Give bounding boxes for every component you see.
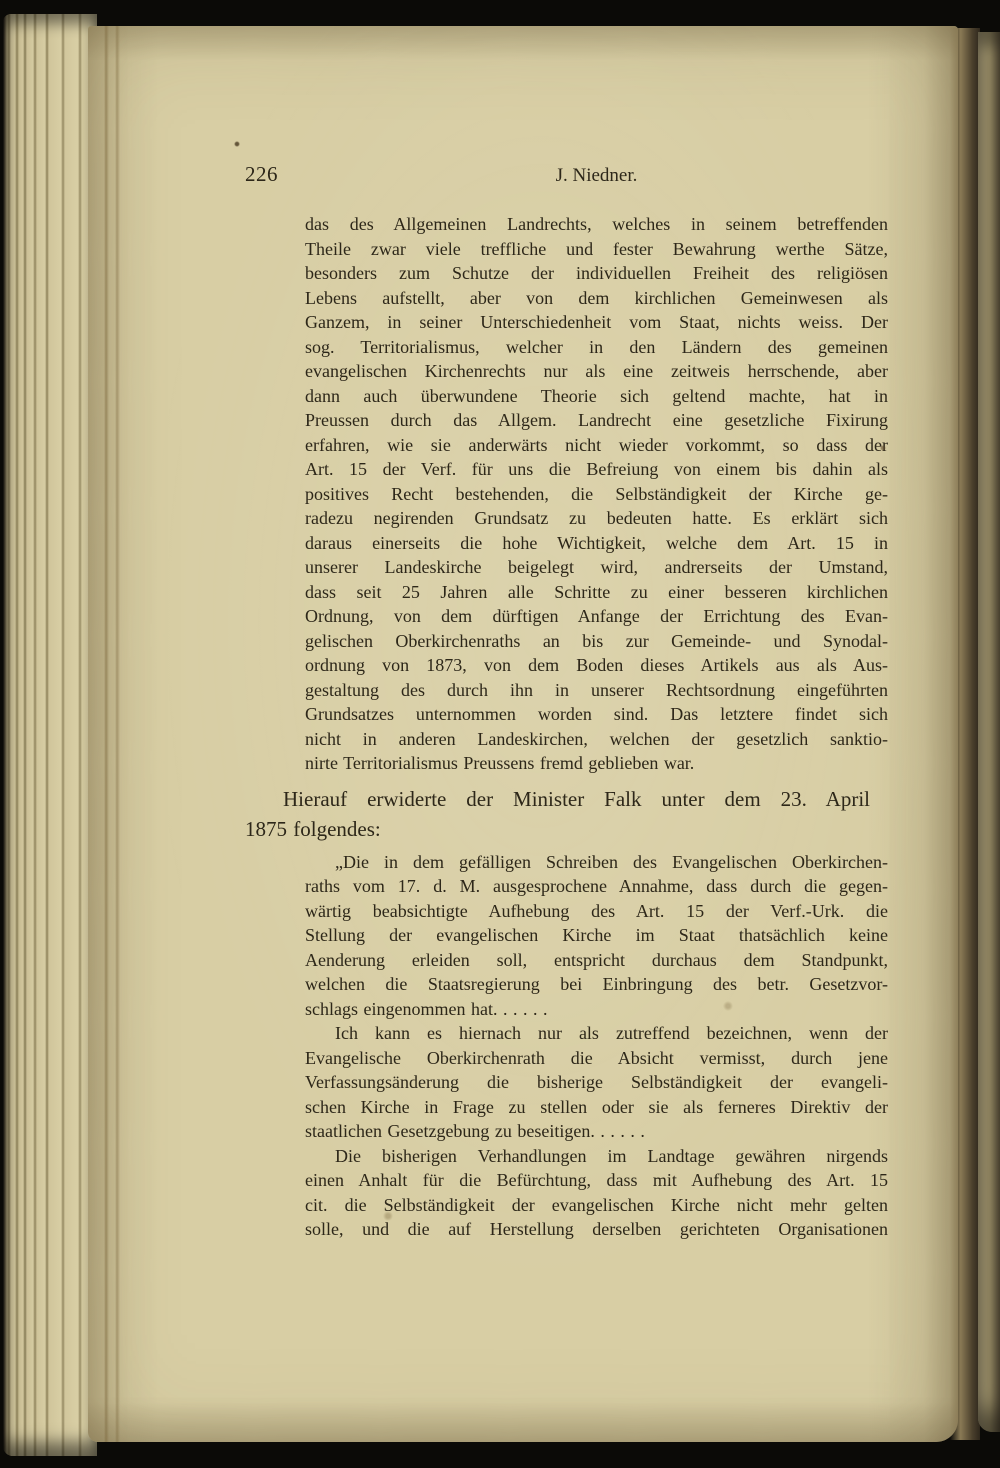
text-column: das des Allgemeinen Landrechts, welches … — [305, 212, 888, 1242]
text-line: gelischen Oberkirchenraths an bis zur Ge… — [305, 629, 888, 654]
text-line: Hierauf erwiderte der Minister Falk unte… — [245, 784, 870, 814]
running-header: J. Niedner. — [305, 165, 888, 187]
paragraph: Die bisherigen Verhandlungen im Landtage… — [305, 1144, 888, 1242]
text-line: Grundsatzes unternommen worden sind. Das… — [305, 702, 888, 727]
paragraph: Ich kann es hiernach nur als zutreffend … — [305, 1021, 888, 1144]
gutter-shadow — [950, 28, 980, 1440]
paragraph: das des Allgemeinen Landrechts, welches … — [305, 212, 888, 776]
paragraph: „Die in dem gefälligen Schreiben des Eva… — [305, 850, 888, 1022]
text-line: schlags eingenommen hat. . . . . . — [305, 997, 888, 1022]
text-line: dass seit 25 Jahren alle Schritte zu ein… — [305, 580, 888, 605]
text-line: radezu negirenden Grundsatz zu bedeuten … — [305, 506, 888, 531]
text-line: erfahren, wie sie anderwärts nicht wiede… — [305, 433, 888, 458]
text-line: Lebens aufstellt, aber von dem kirchlich… — [305, 286, 888, 311]
text-line: das des Allgemeinen Landrechts, welches … — [305, 212, 888, 237]
text-line: ordnung von 1873, von dem Boden dieses A… — [305, 653, 888, 678]
text-line: Stellung der evangelischen Kirche im Sta… — [305, 923, 888, 948]
text-line: welchen die Staatsregierung bei Einbring… — [305, 972, 888, 997]
text-line: staatlichen Gesetzgebung zu beseitigen. … — [305, 1119, 888, 1144]
text-line: schen Kirche in Frage zu stellen oder si… — [305, 1095, 888, 1120]
text-line: nicht in anderen Landeskirchen, welchen … — [305, 727, 888, 752]
text-line: Art. 15 der Verf. für uns die Befreiung … — [305, 457, 888, 482]
book-page: 226 J. Niedner. das des Allgemeinen Land… — [88, 26, 958, 1442]
page-stack-edges — [3, 14, 97, 1456]
text-line: positives Recht bestehenden, die Selbstä… — [305, 482, 888, 507]
text-line: sog. Territorialismus, welcher in den Lä… — [305, 335, 888, 360]
text-line: Evangelische Oberkirchenrath die Absicht… — [305, 1046, 888, 1071]
paragraph: Hierauf erwiderte der Minister Falk unte… — [245, 784, 870, 844]
text-line: einen Anhalt für die Befürchtung, dass m… — [305, 1168, 888, 1193]
text-line: Ganzem, in seiner Unterschiedenheit vom … — [305, 310, 888, 335]
text-line: 1875 folgendes: — [245, 814, 870, 844]
text-line: unserer Landeskirche beigelegt wird, and… — [305, 555, 888, 580]
text-line: wärtig beabsichtigte Aufhebung des Art. … — [305, 899, 888, 924]
text-line: Die bisherigen Verhandlungen im Landtage… — [305, 1144, 888, 1169]
text-line: besonders zum Schutze der individuellen … — [305, 261, 888, 286]
text-line: nirte Territorialismus Preussens fremd g… — [305, 751, 888, 776]
text-line: Preussen durch das Allgem. Landrecht ein… — [305, 408, 888, 433]
book-scan: 226 J. Niedner. das des Allgemeinen Land… — [0, 0, 1000, 1468]
page-number: 226 — [245, 162, 278, 187]
text-line: Ordnung, von dem dürftigen Anfange der E… — [305, 604, 888, 629]
text-line: daraus einerseits die hohe Wichtigkeit, … — [305, 531, 888, 556]
text-line: Aenderung erleiden soll, entspricht durc… — [305, 948, 888, 973]
text-line: dann auch überwundene Theorie sich gelte… — [305, 384, 888, 409]
text-line: raths vom 17. d. M. ausgesprochene Annah… — [305, 874, 888, 899]
text-line: Verfassungsänderung die bisherige Selbst… — [305, 1070, 888, 1095]
text-line: solle, und die auf Herstellung derselben… — [305, 1217, 888, 1242]
adjacent-page-edge — [978, 32, 1000, 1432]
text-line: evangelischen Kirchenrechts nur als eine… — [305, 359, 888, 384]
text-line: Theile zwar viele treffliche und fester … — [305, 237, 888, 262]
text-line: „Die in dem gefälligen Schreiben des Eva… — [305, 850, 888, 875]
text-line: Ich kann es hiernach nur als zutreffend … — [305, 1021, 888, 1046]
text-line: cit. die Selbständigkeit der evangelisch… — [305, 1193, 888, 1218]
text-line: gestaltung des durch ihn in unserer Rech… — [305, 678, 888, 703]
